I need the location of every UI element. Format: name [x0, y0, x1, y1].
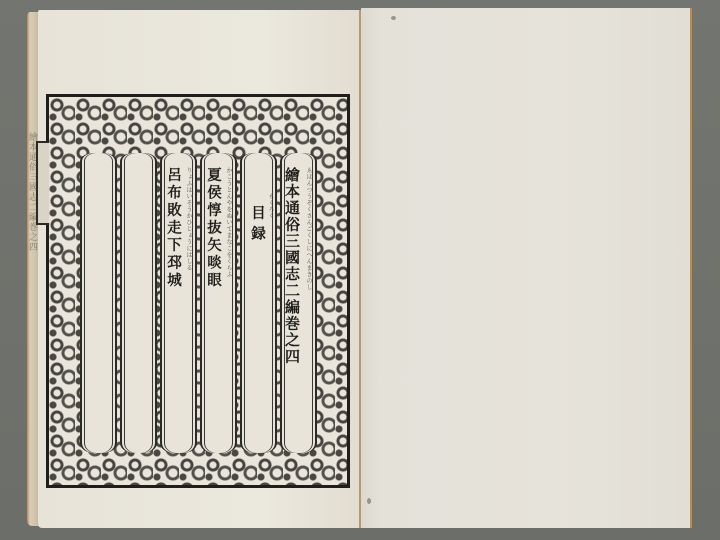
chapter-ruby: かこうとんやをぬいてまなこをくらふ [224, 167, 233, 278]
chapter-panel-1: 夏侯惇抜矢啖眼 かこうとんやをぬいてまなこをくらふ [200, 153, 237, 453]
frame-tab [36, 141, 50, 225]
chapter-title: 夏侯惇抜矢啖眼 [206, 167, 220, 290]
paper-speck [391, 16, 396, 20]
chapter-ruby: りょふはいそうかひじょうにはしる [184, 167, 193, 271]
floral-frame: 繪本通俗三國志二編巻之四 ゑほんつうぞくさんごくしにへんまきのし 目録 もくろく… [46, 94, 350, 488]
empty-panel-1 [120, 153, 157, 453]
toc-heading-ruby: もくろく [266, 193, 275, 219]
book-title: 繪本通俗三國志二編巻之四 [285, 167, 299, 365]
toc-panel: 目録 もくろく [240, 153, 277, 453]
table-of-contents-panels: 繪本通俗三國志二編巻之四 ゑほんつうぞくさんごくしにへんまきのし 目録 もくろく… [79, 153, 317, 453]
paper-speck [367, 498, 371, 504]
title-panel: 繪本通俗三國志二編巻之四 ゑほんつうぞくさんごくしにへんまきのし [280, 153, 317, 453]
empty-panel-2 [80, 153, 117, 453]
chapter-title: 呂布敗走下邳城 [166, 167, 180, 290]
left-page: 繪本通俗三國志二編巻之四 ゑほんつうぞくさんごくしにへんまきのし 目録 もくろく… [38, 10, 360, 528]
book-title-ruby: ゑほんつうぞくさんごくしにへんまきのし [304, 167, 313, 291]
right-page-blank [361, 8, 692, 528]
chapter-panel-2: 呂布敗走下邳城 りょふはいそうかひじょうにはしる [160, 153, 197, 453]
toc-heading: 目録 [250, 205, 264, 246]
